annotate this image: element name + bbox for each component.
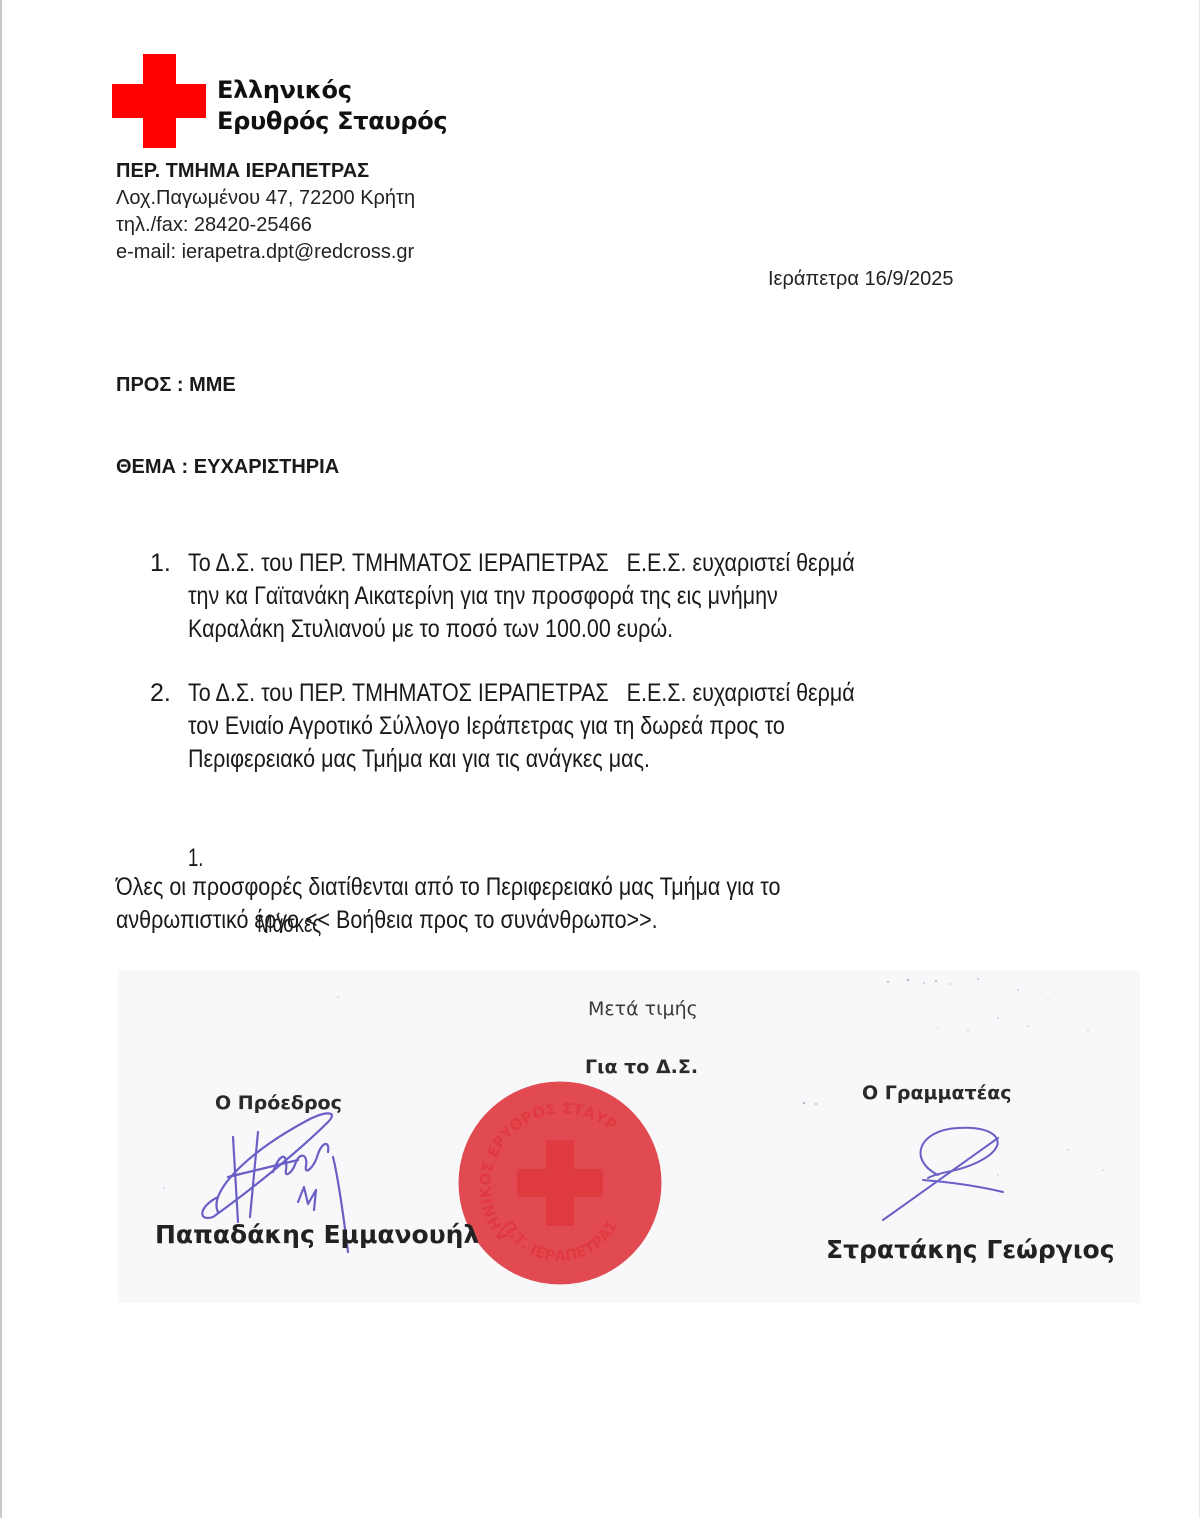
list-item-line: Καραλάκη Στυλιανού με το ποσό των 100.00… bbox=[188, 613, 955, 646]
red-cross-logo-icon bbox=[112, 54, 206, 148]
org-name-line1: Ελληνικός bbox=[217, 75, 447, 106]
list-number: 1. bbox=[150, 547, 171, 580]
phone-fax: τηλ./fax: 28420-25466 bbox=[116, 212, 415, 239]
official-stamp-icon: ΕΛΛΗΝΙΚΟΣ ΕΡΥΘΡΟΣ ΣΤΑΥΡΟΣ Π.Τ. ΙΕΡΑΠΕΤΡΑ… bbox=[455, 1078, 665, 1288]
org-name-line2: Ερυθρός Σταυρός bbox=[217, 106, 447, 137]
list-item-line: Το Δ.Σ. του ΠΕΡ. ΤΜΗΜΑΤΟΣ ΙΕΡΑΠΕΤΡΑΣ Ε.Ε… bbox=[188, 547, 955, 580]
for-board-text: Για το Δ.Σ. bbox=[585, 1056, 698, 1078]
secretary-label: Ο Γραμματέας bbox=[862, 1082, 1012, 1104]
president-name: Παπαδάκης Εμμανουήλ bbox=[155, 1220, 479, 1249]
org-name: Ελληνικός Ερυθρός Σταυρός bbox=[217, 75, 447, 137]
list-item: 1. Το Δ.Σ. του ΠΕΡ. ΤΜΗΜΑΤΟΣ ΙΕΡΑΠΕΤΡΑΣ … bbox=[150, 547, 1080, 646]
department-name: ΠΕΡ. ΤΜΗΜΑ ΙΕΡΑΠΕΤΡΑΣ bbox=[116, 158, 415, 185]
email: e-mail: ierapetra.dpt@redcross.gr bbox=[116, 239, 415, 266]
closing-paragraph: Όλες οι προσφορές διατίθενται από το Περ… bbox=[116, 871, 1076, 937]
secretary-signature-icon bbox=[878, 1120, 1038, 1230]
closing-line: ανθρωπιστικό έργο << Βοήθεια προς το συν… bbox=[116, 904, 942, 937]
address: Λοχ.Παγωμένου 47, 72200 Κρήτη bbox=[116, 185, 415, 212]
regards-text: Μετά τιμής bbox=[588, 998, 698, 1020]
secretary-name: Στρατάκης Γεώργιος bbox=[826, 1235, 1115, 1264]
list-item-line: Περιφερειακό μας Τμήμα και για τις ανάγκ… bbox=[188, 743, 955, 776]
page-edge-left bbox=[0, 0, 2, 1518]
letterhead-contact: ΠΕΡ. ΤΜΗΜΑ ΙΕΡΑΠΕΤΡΑΣ Λοχ.Παγωμένου 47, … bbox=[116, 158, 415, 266]
scanned-signature-block: Μετά τιμής Για το Δ.Σ. Ο Πρόεδρος Ο Γραμ… bbox=[118, 970, 1140, 1303]
list-number: 2. bbox=[150, 677, 171, 710]
subject-line: ΘΕΜΑ : ΕΥΧΑΡΙΣΤΗΡΙΑ bbox=[116, 456, 339, 479]
list-item-line: την κα Γαϊτανάκη Αικατερίνη για την προσ… bbox=[188, 580, 955, 613]
closing-line: Όλες οι προσφορές διατίθενται από το Περ… bbox=[116, 871, 942, 904]
recipient-line: ΠΡΟΣ : ΜΜΕ bbox=[116, 374, 236, 397]
list-item-line: τον Ενιαίο Αγροτικό Σύλλογο Ιεράπετρας γ… bbox=[188, 710, 955, 743]
date-line: Ιεράπετρα 16/9/2025 bbox=[768, 268, 954, 291]
list-item-line: Το Δ.Σ. του ΠΕΡ. ΤΜΗΜΑΤΟΣ ΙΕΡΑΠΕΤΡΑΣ Ε.Ε… bbox=[188, 677, 955, 710]
